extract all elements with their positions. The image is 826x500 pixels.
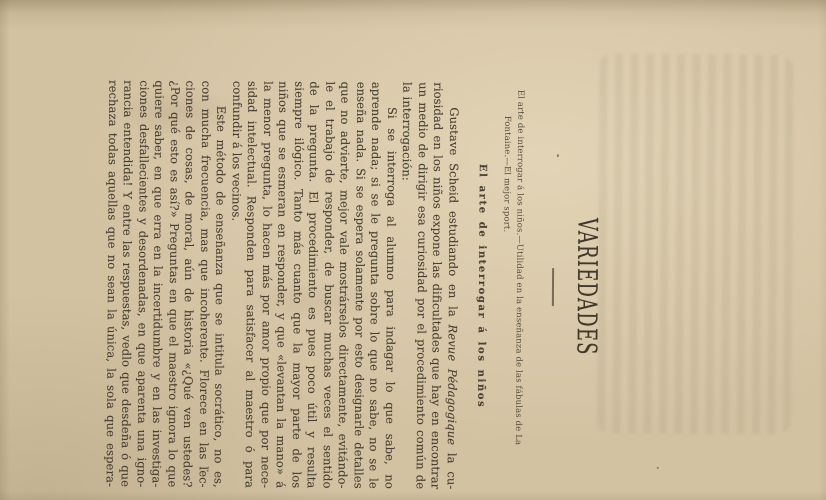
text-line: ciones desfallecientes y desordenadas, e… [133, 80, 151, 487]
divider-rule [552, 268, 554, 306]
text-line: un medio de dirigir esa curiosidad por e… [412, 82, 430, 489]
section-title: VARIEDADES [572, 152, 601, 421]
article-heading: El arte de interrogar á los niños [474, 83, 489, 490]
reverse-side-bleedthrough [596, 53, 794, 434]
article-body: Gustave Scheid estudiando en la Revue Pé… [102, 80, 461, 489]
paragraph: Si se interroga al alumno para indagar l… [226, 81, 399, 489]
text-line: Si se interroga al alumno para indagar l… [381, 82, 399, 489]
text-line: la menor pregunta, lo hacen más por amor… [257, 81, 275, 488]
paragraph: Este método de enseñanza que se intitula… [102, 80, 229, 488]
text-line: Gustave Scheid estudiando en la Revue Pé… [443, 82, 461, 489]
text-line: enseña nada. Si se espera solamente por … [350, 82, 368, 489]
ink-speck [557, 154, 559, 157]
page-sheet: VARIEDADES El arte de interrogar á los n… [0, 0, 826, 500]
ink-speck [207, 470, 209, 472]
ink-speck [657, 467, 659, 469]
text-line: Este método de enseñanza que se intitula… [211, 81, 229, 488]
paragraph: Gustave Scheid estudiando en la Revue Pé… [397, 82, 462, 489]
text-line: ¿Por qué esto es así?» Preguntas en que … [164, 80, 182, 487]
text-line: siempre ilógico. Tanto más cuanto que la… [288, 81, 306, 488]
text-line: rechaza todas aquellas que no sean la ún… [102, 80, 120, 487]
article-summary: El arte de interrogar á los niños.—Utili… [499, 83, 528, 490]
text-line: le el trabajo de responder, de buscar mu… [319, 81, 337, 488]
scanned-book-page: VARIEDADES El arte de interrogar á los n… [0, 0, 826, 500]
text-line: con mucha frecuencia, mas que incoherent… [195, 81, 213, 488]
